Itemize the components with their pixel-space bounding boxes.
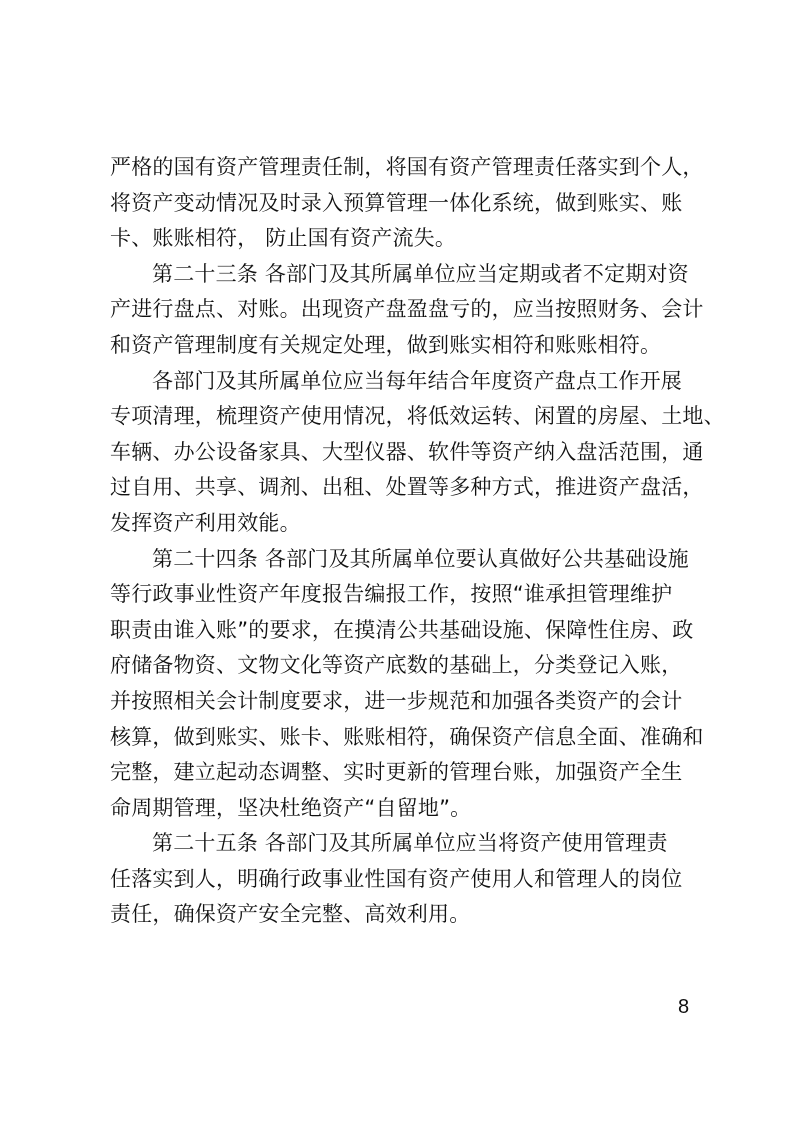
text-line: 产进行盘点、对账。出现资产盘盈盘亏的，应当按照财务、会计 xyxy=(110,292,700,328)
text-line: 车辆、办公设备家具、大型仪器、软件等资产纳入盘活范围，通 xyxy=(110,435,700,471)
text-line: 命周期管理，坚决杜绝资产“自留地”。 xyxy=(110,791,700,827)
text-line: 任落实到人，明确行政事业性国有资产使用人和管理人的岗位 xyxy=(110,862,700,898)
text-line: 发挥资产利用效能。 xyxy=(110,506,700,542)
text-line: 卡、账账相符， 防止国有资产流失。 xyxy=(110,221,700,257)
paragraph-article-23-clause-2: 各部门及其所属单位应当每年结合年度资产盘点工作开展 专项清理，梳理资产使用情况，… xyxy=(110,364,700,542)
paragraph-article-25: 第二十五条 各部门及其所属单位应当将资产使用管理责 任落实到人，明确行政事业性国… xyxy=(110,826,700,933)
text-line: 第二十四条 各部门及其所属单位要认真做好公共基础设施 xyxy=(110,542,700,578)
paragraph-article-23: 第二十三条 各部门及其所属单位应当定期或者不定期对资 产进行盘点、对账。出现资产… xyxy=(110,257,700,364)
text-line: 第二十三条 各部门及其所属单位应当定期或者不定期对资 xyxy=(110,257,700,293)
text-line: 严格的国有资产管理责任制，将国有资产管理责任落实到个人， xyxy=(110,150,700,186)
text-line: 过自用、共享、调剂、出租、处置等多种方式，推进资产盘活， xyxy=(110,470,700,506)
text-line: 并按照相关会计制度要求，进一步规范和加强各类资产的会计 xyxy=(110,684,700,720)
text-line: 等行政事业性资产年度报告编报工作，按照“谁承担管理维护 xyxy=(110,577,700,613)
text-line: 核算，做到账实、账卡、账账相符，确保资产信息全面、准确和 xyxy=(110,720,700,756)
text-line: 府储备物资、文物文化等资产底数的基础上，分类登记入账， xyxy=(110,648,700,684)
document-body: 严格的国有资产管理责任制，将国有资产管理责任落实到个人， 将资产变动情况及时录入… xyxy=(110,150,700,933)
document-page: 严格的国有资产管理责任制，将国有资产管理责任落实到个人， 将资产变动情况及时录入… xyxy=(0,0,793,1122)
text-line: 职责由谁入账”的要求，在摸清公共基础设施、保障性住房、政 xyxy=(110,613,700,649)
text-line: 专项清理，梳理资产使用情况，将低效运转、闲置的房屋、土地、 xyxy=(110,399,700,435)
paragraph-article-24: 第二十四条 各部门及其所属单位要认真做好公共基础设施 等行政事业性资产年度报告编… xyxy=(110,542,700,827)
text-line: 完整，建立起动态调整、实时更新的管理台账，加强资产全生 xyxy=(110,755,700,791)
text-line: 责任，确保资产安全完整、高效利用。 xyxy=(110,897,700,933)
text-line: 第二十五条 各部门及其所属单位应当将资产使用管理责 xyxy=(110,826,700,862)
page-number: 8 xyxy=(678,995,689,1019)
text-line: 和资产管理制度有关规定处理，做到账实相符和账账相符。 xyxy=(110,328,700,364)
text-line: 各部门及其所属单位应当每年结合年度资产盘点工作开展 xyxy=(110,364,700,400)
paragraph-continuation: 严格的国有资产管理责任制，将国有资产管理责任落实到个人， 将资产变动情况及时录入… xyxy=(110,150,700,257)
text-line: 将资产变动情况及时录入预算管理一体化系统，做到账实、账 xyxy=(110,186,700,222)
